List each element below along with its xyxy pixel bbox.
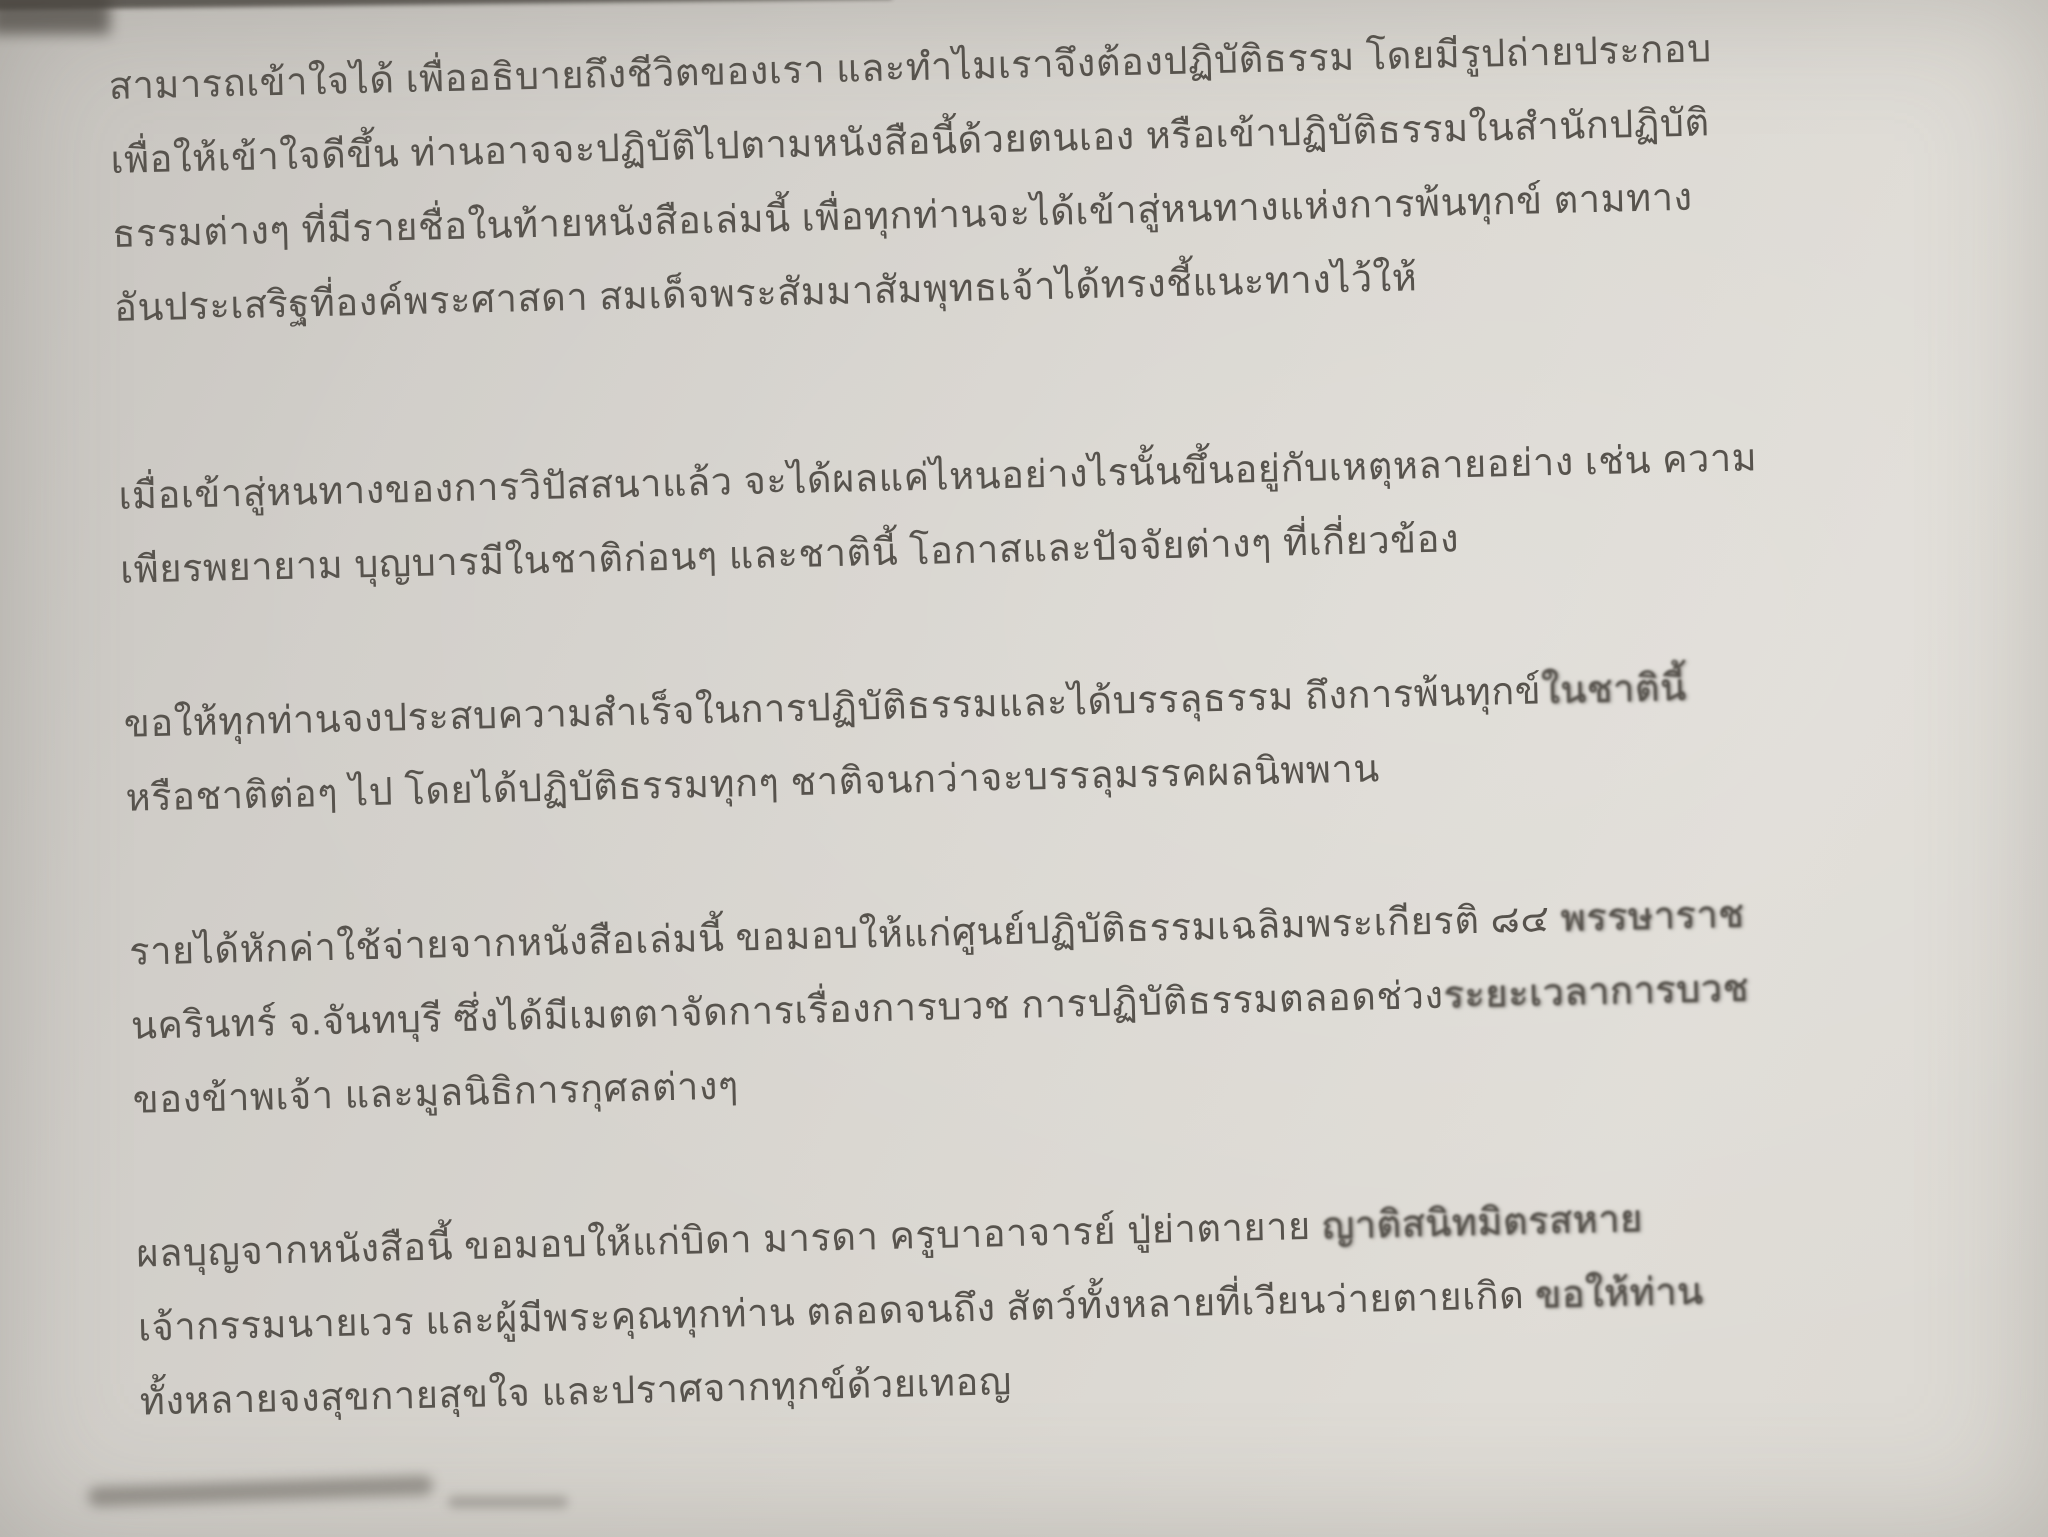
line-text-blurred: ขอให้ท่าน [1535,1271,1704,1317]
book-page-photo: สามารถเข้าใจได้ เพื่ออธิบายถึงชีวิตของเร… [0,0,2048,1537]
paragraph: เมื่อเข้าสู่หนทางของการวิปัสสนาแล้ว จะได… [118,415,2006,607]
page-text-block: สามารถเข้าใจได้ เพื่ออธิบายถึงชีวิตของเร… [108,6,2027,1520]
line-text-blurred: ญาติสนิทมิตรสหาย [1321,1198,1643,1248]
line-text: นครินทร์ จ.จันทบุรี ซึ่งได้มีเมตตาจัดการ… [131,975,1444,1048]
line-text: หรือชาติต่อๆ ไป โดยได้ปฏิบัติธรรมทุกๆ ชา… [125,748,1380,820]
line-text-blurred: ในชาตินี้ [1541,667,1687,712]
paragraph: ขอให้ทุกท่านจงประสบความสำเร็จในการปฏิบัต… [123,643,2011,835]
line-text-blurred: พรรษาราช [1560,894,1745,940]
page-top-edge-shadow [0,0,892,10]
line-text: ผลบุญจากหนังสือนี้ ขอมอบให้แก่บิดา มารดา… [136,1206,1322,1276]
line-text: ทั้งหลายจงสุขกายสุขใจ และปราศจากทุกข์ด้ว… [139,1361,1012,1424]
page-bottom-smudge-small [448,1496,568,1508]
line-text: อันประเสริฐที่องค์พระศาสดา สมเด็จพระสัมม… [114,257,1418,330]
paragraph: สามารถเข้าใจได้ เพื่ออธิบายถึงชีวิตของเร… [108,6,1999,346]
line-text: เพียรพยายาม บุญบารมีในชาติก่อนๆ และชาติน… [120,518,1460,592]
paragraph: รายได้หักค่าใช้จ่ายจากหนังสือเล่มนี้ ขอม… [128,871,2018,1137]
line-text: ของข้าพเจ้า และมูลนิธิการกุศลต่างๆ [132,1065,739,1121]
paragraph: ผลบุญจากหนังสือนี้ ขอมอบให้แก่บิดา มารดา… [136,1173,2026,1439]
page-corner-shadow [0,0,110,34]
line-text-blurred: ระยะเวลาการบวช [1443,968,1749,1017]
